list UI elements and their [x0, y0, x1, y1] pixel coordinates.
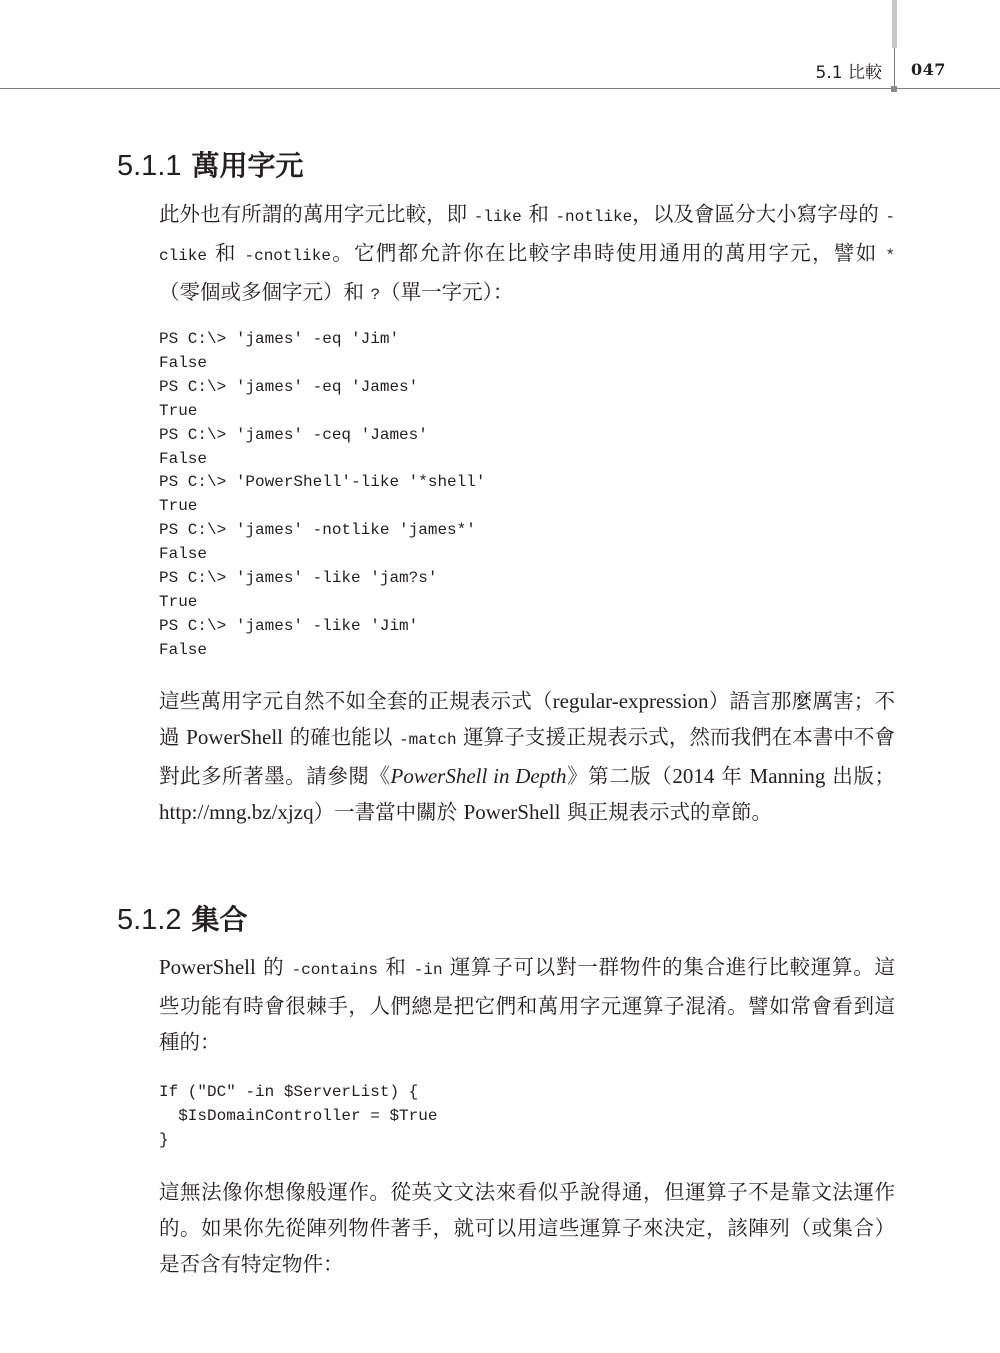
- section-title: 萬用字元: [192, 149, 304, 182]
- url-text: http://mng.bz/xjzq: [159, 800, 314, 824]
- text: ）一書當中關於: [314, 800, 464, 824]
- text: ，以及會區分大小寫字母的: [632, 202, 885, 226]
- text: 和: [522, 202, 556, 226]
- code-line: False: [159, 543, 485, 567]
- inline-code: -like: [474, 208, 522, 226]
- paragraph-regex-note: 這些萬用字元自然不如全套的正規表示式（regular-expression）語言…: [159, 683, 895, 830]
- text: 出版；: [825, 764, 895, 788]
- header-rule: [0, 88, 1000, 89]
- text: 與正規表示式的章節。: [560, 800, 772, 824]
- paragraph-collections-intro: PowerShell 的 -contains 和 -in 運算子可以對一群物件的…: [159, 949, 895, 1060]
- code-line: If ("DC" -in $ServerList) {: [159, 1081, 437, 1105]
- text: PowerShell: [464, 800, 561, 824]
- text: 年: [714, 764, 749, 788]
- code-line: }: [159, 1129, 437, 1153]
- text: 和: [378, 955, 414, 979]
- text: PowerShell: [186, 725, 283, 749]
- code-line: True: [159, 591, 485, 615]
- code-line: False: [159, 352, 485, 376]
- inline-code: -contains: [292, 961, 378, 979]
- section-number: 5.1.1: [117, 150, 182, 182]
- inline-code: -in: [414, 961, 443, 979]
- section-heading-5-1-2: 5.1.2集合: [117, 898, 248, 938]
- text: 的確也能以: [283, 725, 399, 749]
- code-block-wildcard-examples: PS C:\> 'james' -eq 'Jim'FalsePS C:\> 'j…: [159, 328, 485, 663]
- code-block-in-operator: If ("DC" -in $ServerList) { $IsDomainCon…: [159, 1081, 437, 1153]
- code-line: PS C:\> 'james' -like 'Jim': [159, 615, 485, 639]
- code-line: False: [159, 639, 485, 663]
- code-line: PS C:\> 'PowerShell'-like '*shell': [159, 471, 485, 495]
- code-line: True: [159, 400, 485, 424]
- header-tab-marker: [892, 0, 897, 48]
- inline-code: *: [885, 247, 895, 265]
- header-separator: [894, 48, 895, 88]
- text: 這些萬用字元自然不如全套的正規表示式（: [159, 689, 553, 713]
- code-line: PS C:\> 'james' -eq 'Jim': [159, 328, 485, 352]
- inline-code: -match: [399, 731, 457, 749]
- section-title: 集合: [192, 903, 248, 936]
- text: 》第二版（: [567, 764, 673, 788]
- header-dot: [891, 86, 897, 92]
- code-line: True: [159, 495, 485, 519]
- code-line: PS C:\> 'james' -like 'jam?s': [159, 567, 485, 591]
- text: 此外也有所謂的萬用字元比較，即: [159, 202, 474, 226]
- code-line: PS C:\> 'james' -eq 'James': [159, 376, 485, 400]
- section-number: 5.1.2: [117, 904, 182, 936]
- inline-code: -cnotlike: [245, 247, 331, 265]
- text: 和: [207, 241, 244, 265]
- section-heading-5-1-1: 5.1.1萬用字元: [117, 144, 304, 184]
- inline-code: -notlike: [555, 208, 632, 226]
- text: 的: [256, 955, 292, 979]
- code-line: $IsDomainController = $True: [159, 1105, 437, 1129]
- text: regular-expression: [553, 689, 709, 713]
- paragraph-wildcards-intro: 此外也有所謂的萬用字元比較，即 -like 和 -notlike，以及會區分大小…: [159, 196, 895, 313]
- code-line: PS C:\> 'james' -ceq 'James': [159, 424, 485, 448]
- page-number: 047: [911, 60, 946, 79]
- code-line: PS C:\> 'james' -notlike 'james*': [159, 519, 485, 543]
- text: PowerShell: [159, 955, 256, 979]
- text: （零個或多個字元）和: [159, 280, 371, 304]
- text: （單一字元）：: [380, 280, 513, 304]
- text: 。它們都允許你在比較字串時使用通用的萬用字元，譬如: [331, 241, 885, 265]
- inline-code: ?: [371, 286, 381, 304]
- text: 2014: [672, 764, 714, 788]
- text: Manning: [750, 764, 826, 788]
- book-title: PowerShell in Depth: [391, 764, 567, 788]
- code-line: False: [159, 448, 485, 472]
- paragraph-collections-explanation: 這無法像你想像般運作。從英文文法來看似乎說得通，但運算子不是靠文法運作的。如果你…: [159, 1174, 895, 1282]
- running-head: 5.1 比較: [816, 58, 882, 83]
